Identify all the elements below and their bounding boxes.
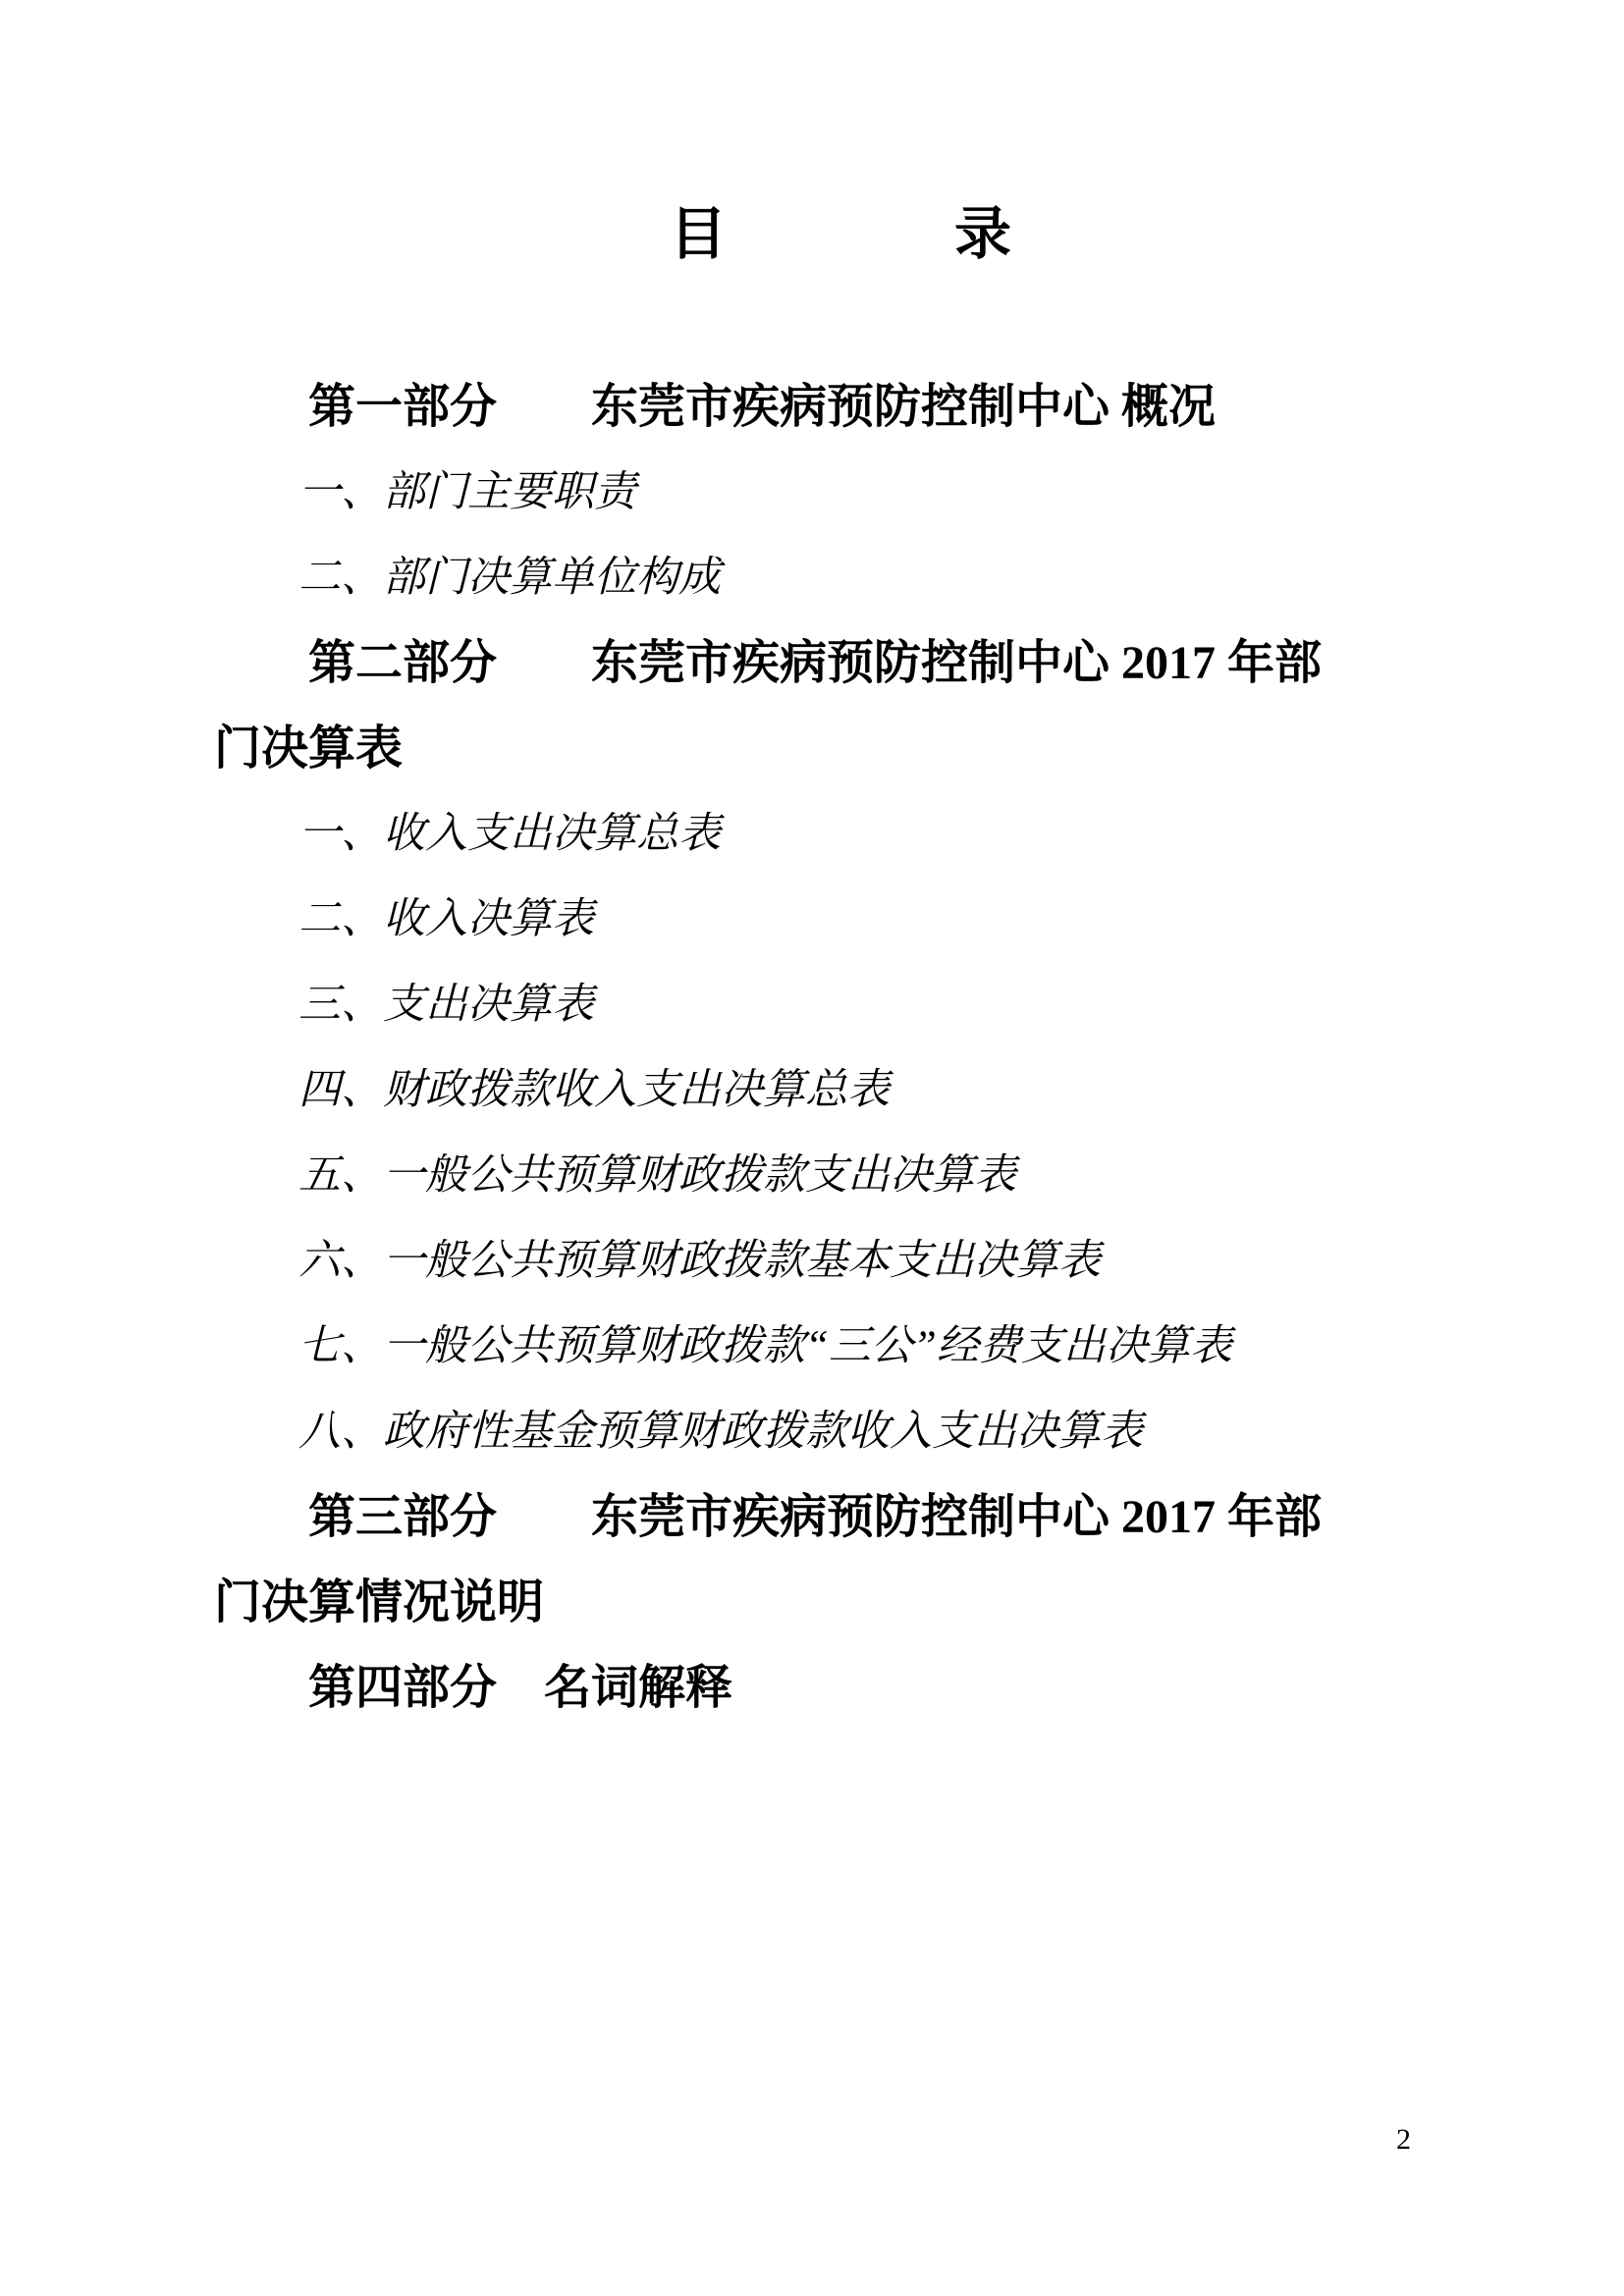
page-title: 目 录 <box>28 198 1624 271</box>
document-page: 目 录 第一部分 东莞市疾病预防控制中心 概况一、部门主要职责二、部门决算单位构… <box>0 0 1624 2296</box>
toc-line: 门决算表 <box>214 706 1432 791</box>
toc-line: 八、政府性基金预算财政拨款收入支出决算表 <box>214 1389 1432 1474</box>
toc-line: 第三部分 东莞市疾病预防控制中心 2017 年部 <box>214 1474 1432 1560</box>
toc-line: 一、收入支出决算总表 <box>214 791 1432 877</box>
toc-line: 四、财政拨款收入支出决算总表 <box>214 1047 1432 1133</box>
toc-line: 五、一般公共预算财政拨款支出决算表 <box>214 1133 1432 1218</box>
toc-line: 第四部分 名词解释 <box>214 1645 1432 1731</box>
toc-line: 第二部分 东莞市疾病预防控制中心 2017 年部 <box>214 620 1432 706</box>
toc-line: 六、一般公共预算财政拨款基本支出决算表 <box>214 1218 1432 1304</box>
page-number: 2 <box>1396 2122 1411 2158</box>
toc-line: 门决算情况说明 <box>214 1560 1432 1645</box>
toc-line: 一、部门主要职责 <box>214 450 1432 535</box>
toc-line: 二、部门决算单位构成 <box>214 535 1432 620</box>
toc-line: 二、收入决算表 <box>214 877 1432 962</box>
toc-line: 第一部分 东莞市疾病预防控制中心 概况 <box>214 364 1432 450</box>
toc-list: 第一部分 东莞市疾病预防控制中心 概况一、部门主要职责二、部门决算单位构成第二部… <box>214 364 1432 1731</box>
toc-line: 七、一般公共预算财政拨款“三公”经费支出决算表 <box>214 1304 1432 1389</box>
toc-line: 三、支出决算表 <box>214 962 1432 1047</box>
